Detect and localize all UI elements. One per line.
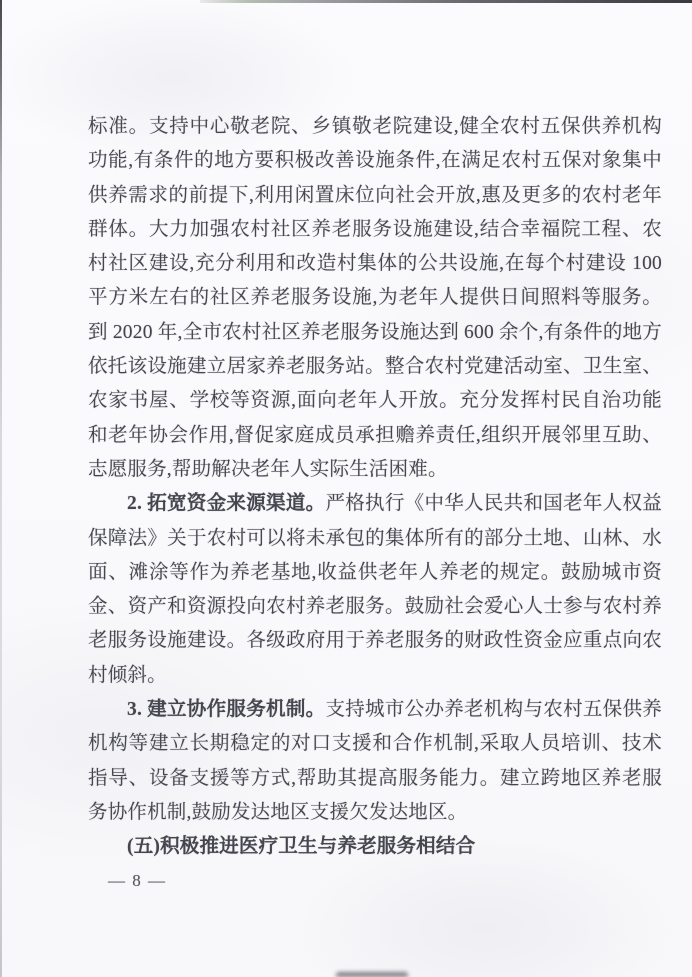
section-heading: (五)积极推进医疗卫生与养老服务相结合 xyxy=(88,830,662,864)
paragraph-1: 标准。支持中心敬老院、乡镇敬老院建设,健全农村五保供养机构功能,有条件的地方要积… xyxy=(88,110,662,487)
paragraph-1-text: 标准。支持中心敬老院、乡镇敬老院建设,健全农村五保供养机构功能,有条件的地方要积… xyxy=(88,116,662,480)
document-body: 标准。支持中心敬老院、乡镇敬老院建设,健全农村五保供养机构功能,有条件的地方要积… xyxy=(88,110,662,865)
paragraph-3: 3. 建立协作服务机制。支持城市公办养老机构与农村五保供养机构等建立长期稳定的对… xyxy=(88,693,662,830)
paragraph-2-text: 严格执行《中华人民共和国老年人权益保障法》关于农村可以将未承包的集体所有的部分土… xyxy=(88,493,662,685)
paragraph-2-lead: 2. 拓宽资金来源渠道。 xyxy=(127,493,325,514)
page-number: — 8 — xyxy=(108,870,167,892)
scan-artifact-left-edge xyxy=(0,0,2,977)
paragraph-2: 2. 拓宽资金来源渠道。严格执行《中华人民共和国老年人权益保障法》关于农村可以将… xyxy=(88,487,662,693)
scan-artifact-bottom-smudge xyxy=(336,972,408,977)
scan-artifact-top-edge xyxy=(200,0,692,3)
document-page: 标准。支持中心敬老院、乡镇敬老院建设,健全农村五保供养机构功能,有条件的地方要积… xyxy=(0,0,692,977)
paragraph-3-lead: 3. 建立协作服务机制。 xyxy=(127,699,325,720)
